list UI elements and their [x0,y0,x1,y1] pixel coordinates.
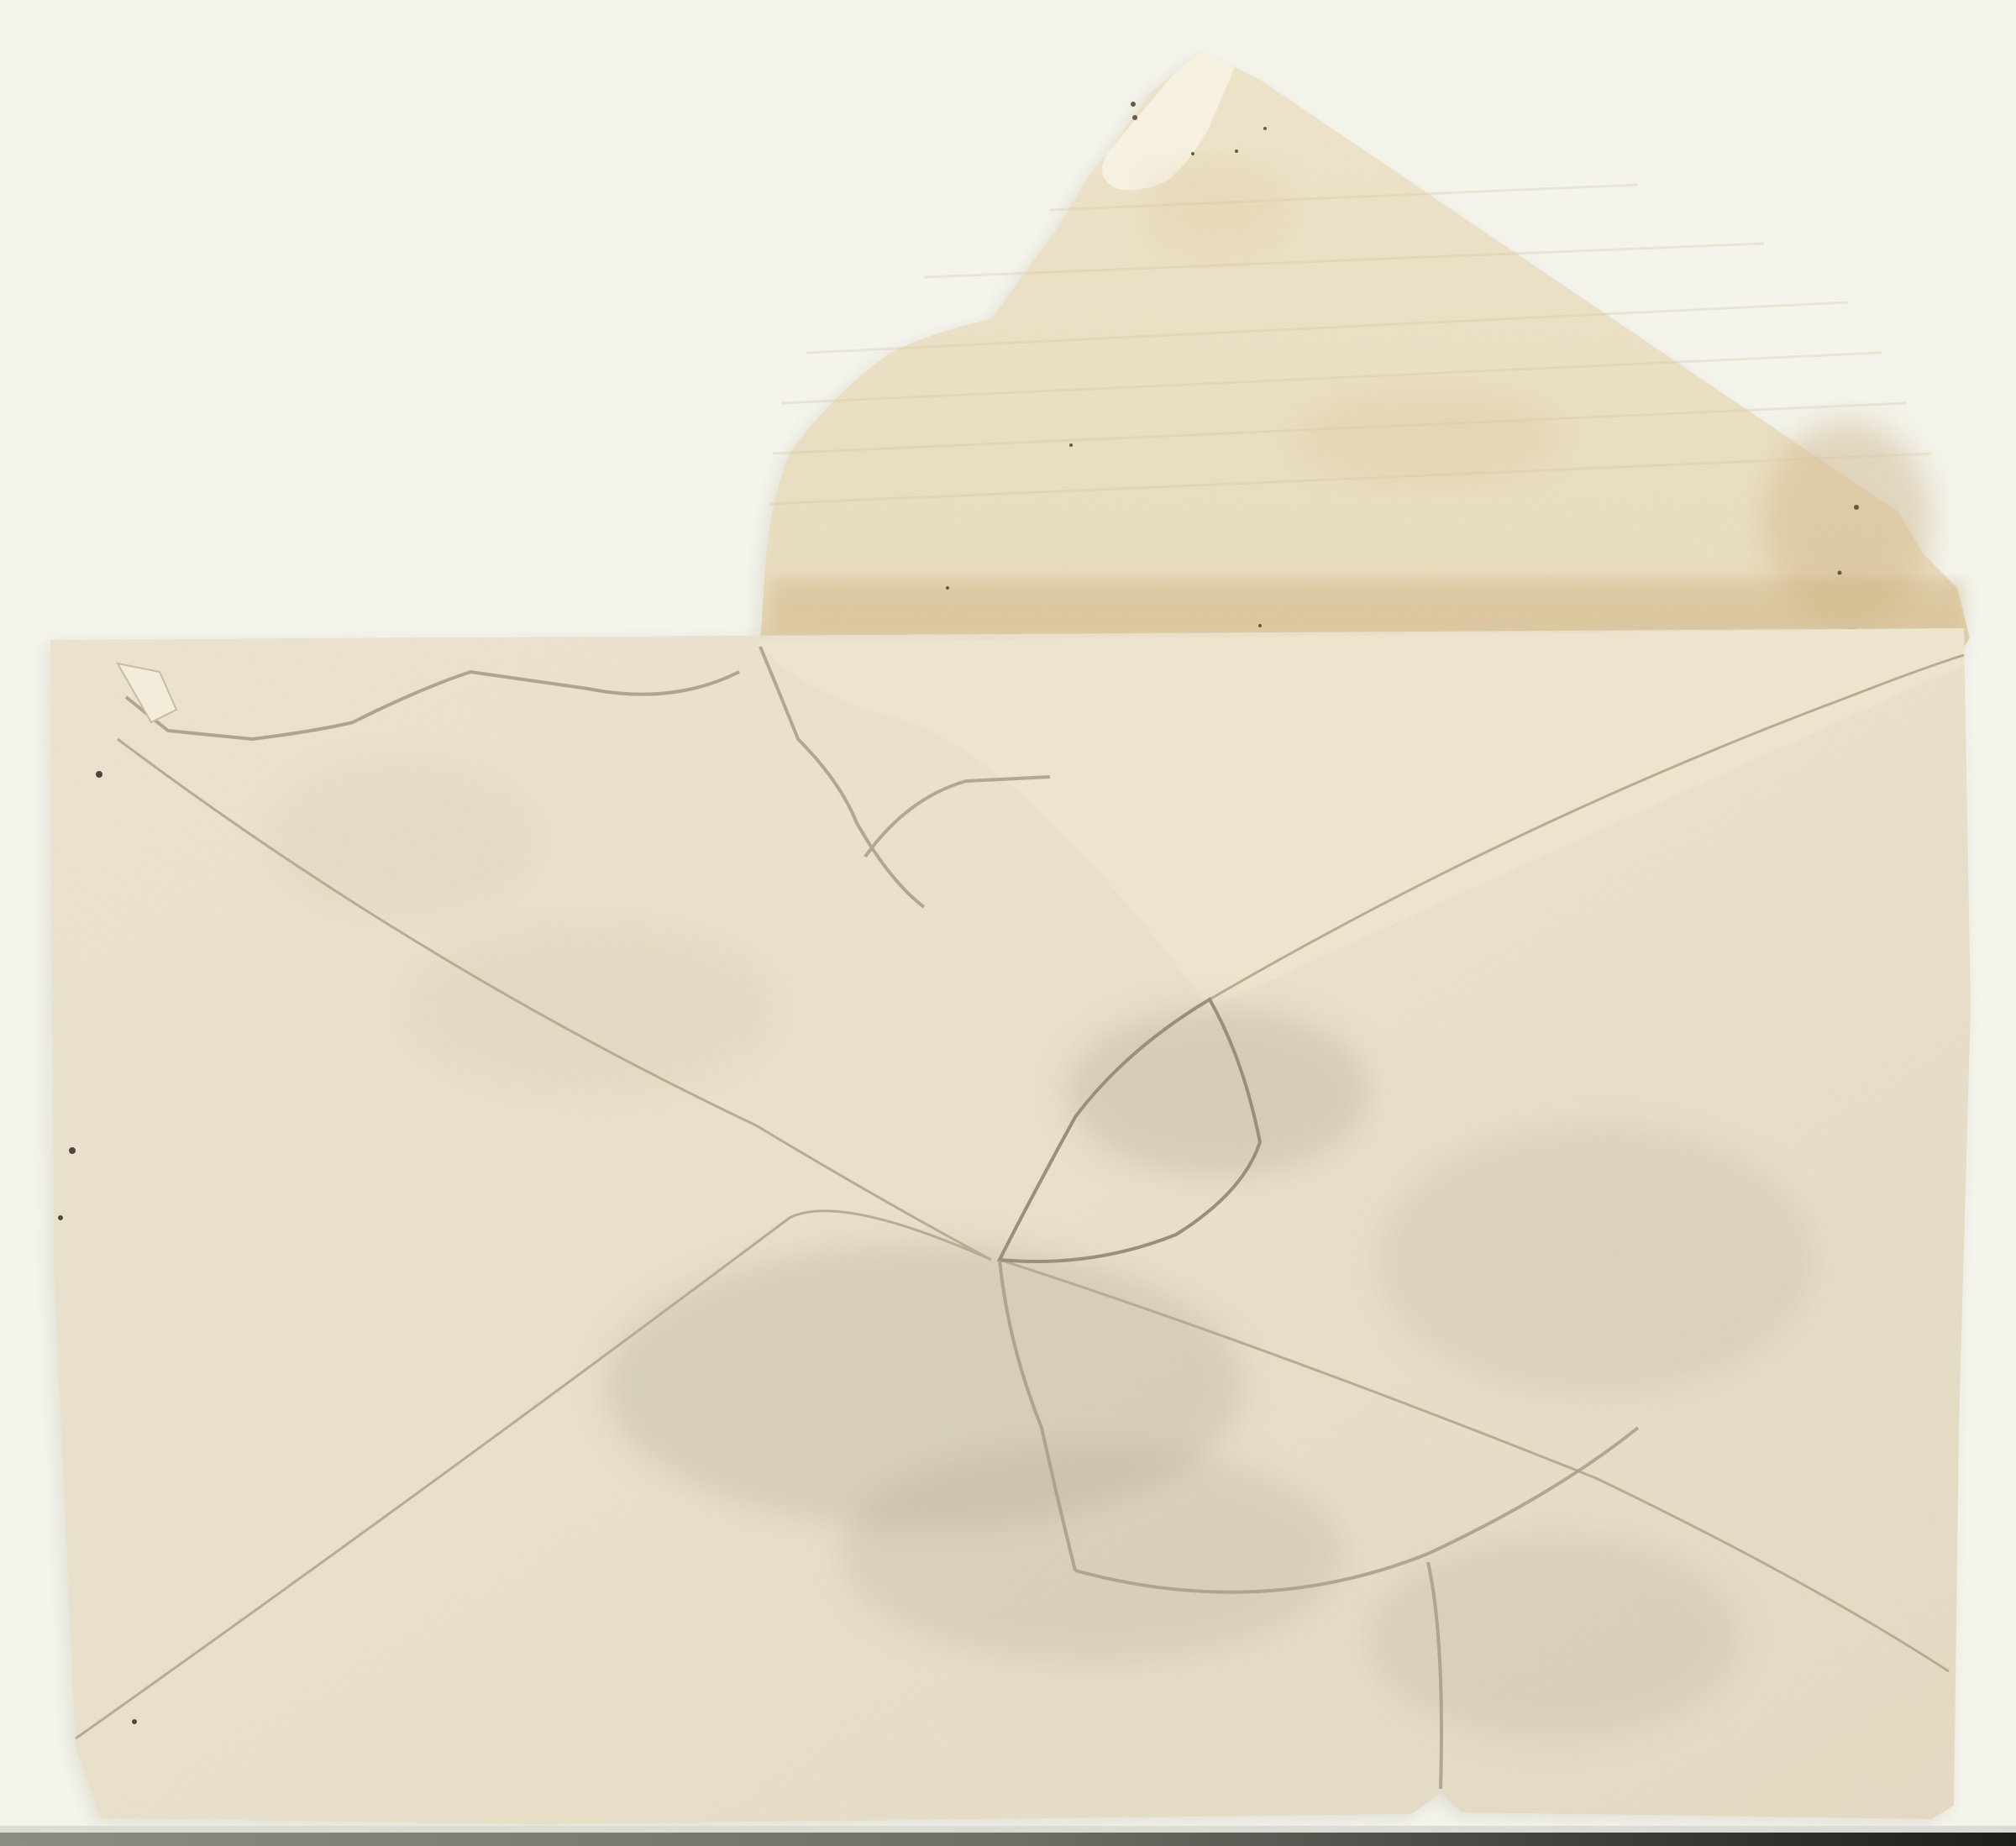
envelope-photo [0,0,2016,1846]
top-flap [760,52,1970,647]
scan-bottom-bar [0,1833,2016,1846]
